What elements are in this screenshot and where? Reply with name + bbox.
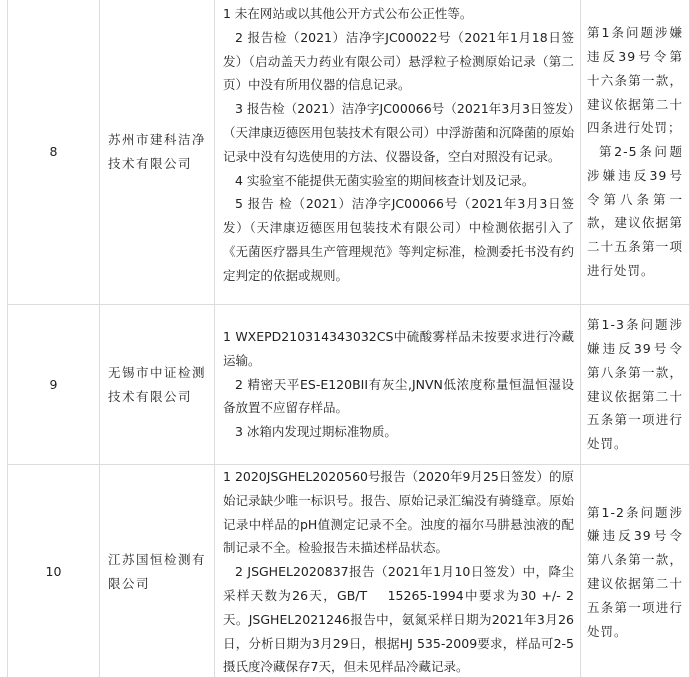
table-row: 9 无锡市中证检测技术有限公司 1 WXEPD210314343032CS中硫酸…: [8, 305, 690, 465]
issue-item: 4 实验室不能提供无菌实验室的期间核查计划及记录。: [223, 169, 574, 193]
issue-item: 3 报告检（2021）洁净字JC00066号（2021年3月3日签发）（天津康迈…: [223, 97, 574, 168]
table-row: 8 苏州市建科洁净技术有限公司 1 未在网站或以其他公开方式公布公正性等。 2 …: [8, 0, 690, 305]
row-number: 8: [8, 0, 100, 305]
row-number: 9: [8, 305, 100, 465]
company-name: 苏州市建科洁净技术有限公司: [100, 0, 215, 305]
violations-table: 8 苏州市建科洁净技术有限公司 1 未在网站或以其他公开方式公布公正性等。 2 …: [7, 0, 690, 677]
issue-item: 2 精密天平ES-E120BII有灰尘,JNVN低浓度称量恒温恒湿设备放置不应留…: [223, 373, 574, 421]
recommendation-cell: 第1条问题涉嫌违反39号令第十六条第一款，建议依据第二十四条进行处罚； 第2-5…: [581, 0, 690, 305]
row-number: 10: [8, 465, 100, 677]
issue-item: 1 未在网站或以其他公开方式公布公正性等。: [223, 2, 574, 26]
issue-item: 2 JSGHEL2020837报告（2021年1月10日签发）中，降尘采样天数为…: [223, 560, 574, 677]
company-name: 无锡市中证检测技术有限公司: [100, 305, 215, 465]
recommendation-item: 第1-3条问题涉嫌违反39号令第八条第一款，建议依据第二十五条第一项进行处罚。: [587, 313, 683, 456]
issues-cell: 1 WXEPD210314343032CS中硫酸雾样品未按要求进行冷藏运输。 2…: [215, 305, 581, 465]
issues-cell: 1 2020JSGHEL2020560号报告（2020年9月25日签发）的原始记…: [215, 465, 581, 677]
issue-item: 1 WXEPD210314343032CS中硫酸雾样品未按要求进行冷藏运输。: [223, 325, 574, 373]
company-name: 江苏国恒检测有限公司: [100, 465, 215, 677]
issues-cell: 1 未在网站或以其他公开方式公布公正性等。 2 报告检（2021）洁净字JC00…: [215, 0, 581, 305]
issue-item: 2 报告检（2021）洁净字JC00022号（2021年1月18日签发）（启动盖…: [223, 26, 574, 97]
recommendation-cell: 第1-2条问题涉嫌违反39号令第八条第一款，建议依据第二十五条第一项进行处罚。: [581, 465, 690, 677]
recommendation-item: 第1条问题涉嫌违反39号令第十六条第一款，建议依据第二十四条进行处罚；: [587, 21, 683, 140]
issue-item: 5 报告 检（2021）洁净字JC00066号（2021年3月3日签发）（天津康…: [223, 192, 574, 287]
recommendation-cell: 第1-3条问题涉嫌违反39号令第八条第一款，建议依据第二十五条第一项进行处罚。: [581, 305, 690, 465]
issue-item: 3 冰箱内发现过期标准物质。: [223, 420, 574, 444]
recommendation-item: 第2-5条问题涉嫌违反39号令第八条第一款，建议依据第二十五条第一项进行处罚。: [587, 140, 683, 283]
recommendation-item: 第1-2条问题涉嫌违反39号令第八条第一款，建议依据第二十五条第一项进行处罚。: [587, 501, 683, 644]
table-row: 10 江苏国恒检测有限公司 1 2020JSGHEL2020560号报告（202…: [8, 465, 690, 677]
issue-item: 1 2020JSGHEL2020560号报告（2020年9月25日签发）的原始记…: [223, 465, 574, 560]
